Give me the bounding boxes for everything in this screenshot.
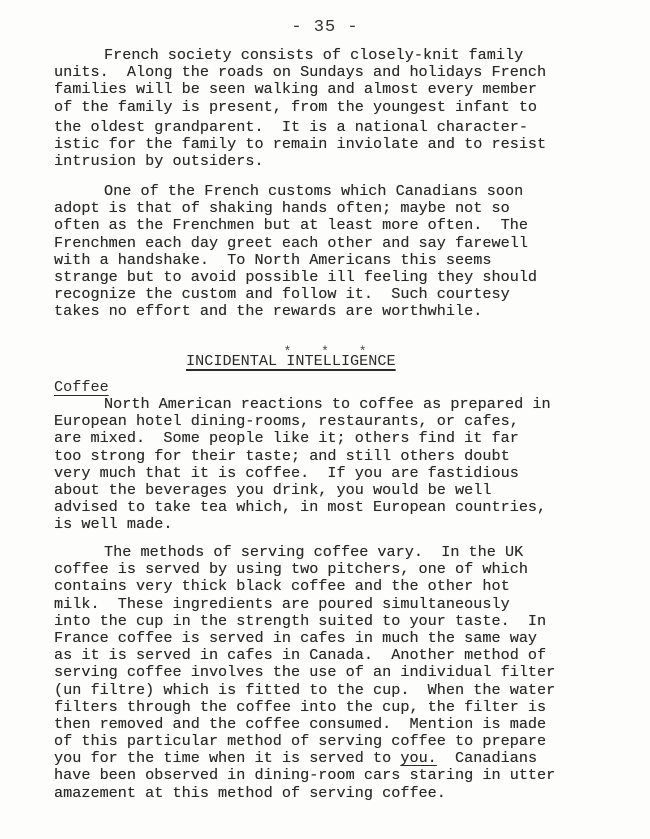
text-line: takes no effort and the rewards are wort… [54, 303, 614, 320]
text-line: recognize the custom and follow it. Such… [54, 286, 614, 303]
text-line: serving coffee involves the use of an in… [54, 664, 614, 681]
page-number: - 35 - [0, 18, 650, 37]
text-line: as it is served in cafes in Canada. Anot… [54, 647, 614, 664]
text-line: very much that it is coffee. If you are … [54, 465, 614, 482]
section-heading: INCIDENTAL INTELLIGENCE [186, 352, 396, 370]
coffee-subheading: Coffee [54, 378, 109, 396]
text-line: contains very thick black coffee and the… [54, 578, 614, 595]
text-line: milk. These ingredients are poured simul… [54, 596, 614, 613]
text-line: amazement at this method of serving coff… [54, 785, 614, 802]
text-line: have been observed in dining-room cars s… [54, 767, 614, 784]
text-line: advised to take tea which, in most Europ… [54, 499, 614, 516]
text-line: One of the French customs which Canadian… [54, 183, 614, 200]
text-line: units. Along the roads on Sundays and ho… [54, 64, 614, 81]
text-line: filters through the coffee into the cup,… [54, 699, 614, 716]
text-line: about the beverages you drink, you would… [54, 482, 614, 499]
text-line: often as the Frenchmen but at least more… [54, 217, 614, 234]
text-line: Frenchmen each day greet each other and … [54, 235, 614, 252]
text-fragment: you for the time when it is served to [54, 749, 400, 767]
text-line: families will be seen walking and almost… [54, 81, 614, 98]
text-line: intrusion by outsiders. [54, 153, 614, 170]
underlined-word: you. [400, 749, 436, 767]
text-line: the oldest grandparent. It is a national… [54, 119, 614, 136]
text-line: North American reactions to coffee as pr… [54, 396, 614, 413]
document-page: - 35 - French society consists of closel… [0, 0, 650, 839]
text-line: adopt is that of shaking hands often; ma… [54, 200, 614, 217]
text-line: European hotel dining-rooms, restaurants… [54, 413, 614, 430]
text-line: strange but to avoid possible ill feelin… [54, 269, 614, 286]
text-line: The methods of serving coffee vary. In t… [54, 544, 614, 561]
paragraph-family-units: French society consists of closely-knit … [54, 47, 614, 170]
paragraph-coffee-methods: The methods of serving coffee vary. In t… [54, 544, 614, 802]
text-line: (un filtre) which is fitted to the cup. … [54, 682, 614, 699]
text-line: coffee is served by using two pitchers, … [54, 561, 614, 578]
paragraph-handshake: One of the French customs which Canadian… [54, 183, 614, 321]
text-line: you for the time when it is served to yo… [54, 750, 614, 767]
text-line: with a handshake. To North Americans thi… [54, 252, 614, 269]
text-line: istic for the family to remain inviolate… [54, 136, 614, 153]
text-line: is well made. [54, 516, 614, 533]
paragraph-coffee-reactions: North American reactions to coffee as pr… [54, 396, 614, 534]
text-line: France coffee is served in cafes in much… [54, 630, 614, 647]
text-line: are mixed. Some people like it; others f… [54, 430, 614, 447]
text-fragment: Canadians [437, 749, 537, 767]
text-line: of this particular method of serving cof… [54, 733, 614, 750]
text-line: too strong for their taste; and still ot… [54, 448, 614, 465]
text-line: then removed and the coffee consumed. Me… [54, 716, 614, 733]
text-line: French society consists of closely-knit … [54, 47, 614, 64]
text-line: of the family is present, from the young… [54, 99, 614, 116]
text-line: into the cup in the strength suited to y… [54, 613, 614, 630]
